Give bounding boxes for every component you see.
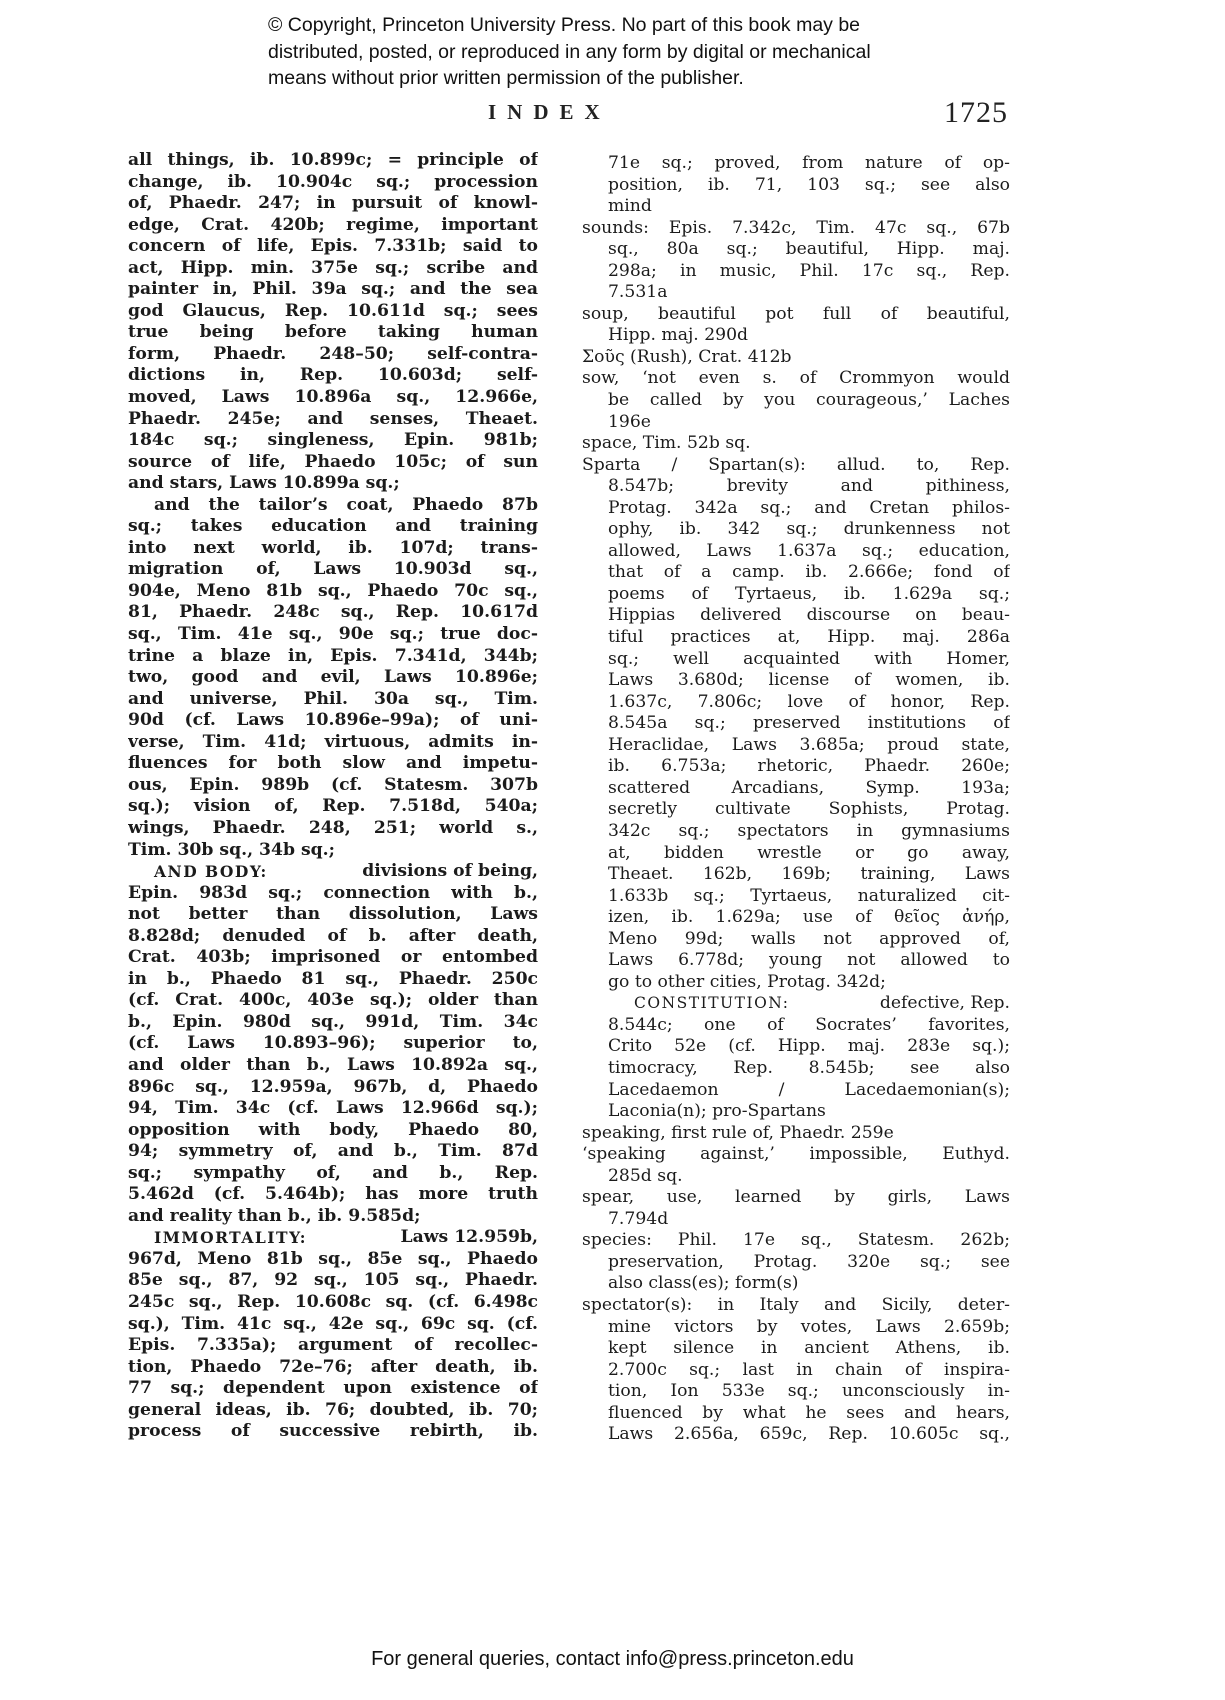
text-line: all things, ib. 10.899c; = principle of: [128, 150, 538, 172]
text-line: and stars, Laws 10.899a sq.;: [128, 473, 538, 495]
text-line: into next world, ib. 107d; trans-: [128, 538, 538, 560]
text-line: tion, Phaedo 72e–76; after death, ib.: [128, 1357, 538, 1379]
text-line: of, Phaedr. 247; in pursuit of knowl-: [128, 193, 538, 215]
text-line: sq., 80a sq.; beautiful, Hipp. maj.: [582, 239, 1010, 261]
index-entry-spear: spear, use, learned by girls, Laws: [582, 1187, 1010, 1209]
text-line: Hipp. maj. 290d: [582, 325, 1010, 347]
text-line: sq.; takes education and training: [128, 516, 538, 538]
text-line: 94, Tim. 34c (cf. Laws 12.966d sq.);: [128, 1098, 538, 1120]
text-line: tiful practices at, Hipp. maj. 286a: [582, 627, 1010, 649]
text-line: secretly cultivate Sophists, Protag.: [582, 799, 1010, 821]
text-fragment: Laws 12.959b,: [401, 1227, 538, 1249]
index-entry-species: species: Phil. 17e sq., Statesm. 262b;: [582, 1230, 1010, 1252]
text-line: Lacedaemon / Lacedaemonian(s);: [582, 1080, 1010, 1102]
running-head: INDEX 1725: [0, 100, 1225, 130]
text-line: process of successive rebirth, ib.: [128, 1421, 538, 1443]
text-line: preservation, Protag. 320e sq.; see: [582, 1252, 1010, 1274]
text-line: that of a camp. ib. 2.666e; fond of: [582, 562, 1010, 584]
text-line: ib. 6.753a; rhetoric, Phaedr. 260e;: [582, 756, 1010, 778]
text-line: kept silence in ancient Athens, ib.: [582, 1338, 1010, 1360]
subhead-line: IMMORTALITY: Laws 12.959b,: [128, 1227, 538, 1249]
text-line: not better than dissolution, Laws: [128, 904, 538, 926]
left-column: all things, ib. 10.899c; = principle of …: [128, 150, 538, 1443]
text-line: Epin. 983d sq.; connection with b.,: [128, 883, 538, 905]
text-line: tion, Ion 533e sq.; unconsciously in-: [582, 1381, 1010, 1403]
text-line: mine victors by votes, Laws 2.659b;: [582, 1317, 1010, 1339]
index-entry-sparta: Sparta / Spartan(s): allud. to, Rep.: [582, 455, 1010, 477]
text-line: true being before taking human: [128, 322, 538, 344]
index-entry-space: space, Tim. 52b sq.: [582, 433, 1010, 455]
text-line: 8.547b; brevity and pithiness,: [582, 476, 1010, 498]
text-line: scattered Arcadians, Symp. 193a;: [582, 778, 1010, 800]
text-line: 90d (cf. Laws 10.896e–99a); of uni-: [128, 710, 538, 732]
text-line: Hippias delivered discourse on beau-: [582, 605, 1010, 627]
text-line: timocracy, Rep. 8.545b; see also: [582, 1058, 1010, 1080]
text-line: Laws 3.680d; license of women, ib.: [582, 670, 1010, 692]
text-line: sq., Tim. 41e sq., 90e sq.; true doc-: [128, 624, 538, 646]
text-line: 8.828d; denuded of b. after death,: [128, 926, 538, 948]
right-column: 71e sq.; proved, from nature of op- posi…: [582, 153, 1010, 1446]
text-line: Laws 6.778d; young not allowed to: [582, 950, 1010, 972]
text-line: Laconia(n); pro-Spartans: [582, 1101, 1010, 1123]
text-line: sq.), Tim. 41c sq., 42e sq., 69c sq. (cf…: [128, 1314, 538, 1336]
text-line: (cf. Crat. 400c, 403e sq.); older than: [128, 990, 538, 1012]
subhead-line: AND BODY: divisions of being,: [128, 861, 538, 883]
text-line: Phaedr. 245e; and senses, Theaet.: [128, 409, 538, 431]
text-line: Heraclidae, Laws 3.685a; proud state,: [582, 735, 1010, 757]
page-number: 1725: [944, 96, 1008, 130]
text-line: Crat. 403b; imprisoned or entombed: [128, 947, 538, 969]
index-entry-soup: soup, beautiful pot full of beautiful,: [582, 304, 1010, 326]
text-line: Meno 99d; walls not approved of,: [582, 929, 1010, 951]
text-fragment: defective, Rep.: [880, 993, 1010, 1015]
text-line: 7.794d: [582, 1209, 1010, 1231]
text-line: migration of, Laws 10.903d sq.,: [128, 559, 538, 581]
text-line: sq.; sympathy of, and b., Rep.: [128, 1163, 538, 1185]
text-line: 904e, Meno 81b sq., Phaedo 70c sq.,: [128, 581, 538, 603]
text-line: 77 sq.; dependent upon existence of: [128, 1378, 538, 1400]
text-line: two, good and evil, Laws 10.896e;: [128, 667, 538, 689]
text-line: act, Hipp. min. 375e sq.; scribe and: [128, 258, 538, 280]
text-line: (cf. Laws 10.893–96); superior to,: [128, 1033, 538, 1055]
text-line: concern of life, Epis. 7.331b; said to: [128, 236, 538, 258]
text-line: 85e sq., 87, 92 sq., 105 sq., Phaedr.: [128, 1270, 538, 1292]
text-line: 8.544c; one of Socrates’ favorites,: [582, 1015, 1010, 1037]
text-line: general ideas, ib. 76; doubted, ib. 70;: [128, 1400, 538, 1422]
text-line: dictions in, Rep. 10.603d; self-: [128, 365, 538, 387]
text-line: be called by you courageous,’ Laches: [582, 390, 1010, 412]
text-line: Laws 2.656a, 659c, Rep. 10.605c sq.,: [582, 1424, 1010, 1446]
index-entry-sous: Σοῦς (Rush), Crat. 412b: [582, 347, 1010, 369]
text-line: 81, Phaedr. 248c sq., Rep. 10.617d: [128, 602, 538, 624]
index-entry-speaking: speaking, first rule of, Phaedr. 259e: [582, 1123, 1010, 1145]
text-line: at, bidden wrestle or go away,: [582, 843, 1010, 865]
text-line: 298a; in music, Phil. 17c sq., Rep.: [582, 261, 1010, 283]
text-line: verse, Tim. 41d; virtuous, admits in-: [128, 732, 538, 754]
text-line: and universe, Phil. 30a sq., Tim.: [128, 689, 538, 711]
text-line: 342c sq.; spectators in gymnasiums: [582, 821, 1010, 843]
index-entry-sounds: sounds: Epis. 7.342c, Tim. 47c sq., 67b: [582, 218, 1010, 240]
text-line: fluenced by what he sees and hears,: [582, 1403, 1010, 1425]
text-line: and the tailor’s coat, Phaedo 87b: [128, 495, 538, 517]
text-line: 8.545a sq.; preserved institutions of: [582, 713, 1010, 735]
text-line: 285d sq.: [582, 1166, 1010, 1188]
text-fragment: divisions of being,: [362, 861, 538, 883]
index-entry-spectators: spectator(s): in Italy and Sicily, deter…: [582, 1295, 1010, 1317]
text-line: also class(es); form(s): [582, 1273, 1010, 1295]
copyright-notice: © Copyright, Princeton University Press.…: [268, 12, 988, 92]
text-line: and reality than b., ib. 9.585d;: [128, 1206, 538, 1228]
subhead-and-body: AND BODY:: [154, 861, 268, 883]
text-line: form, Phaedr. 248–50; self-contra-: [128, 344, 538, 366]
text-line: moved, Laws 10.896a sq., 12.966e,: [128, 387, 538, 409]
text-line: mind: [582, 196, 1010, 218]
text-line: allowed, Laws 1.637a sq.; education,: [582, 541, 1010, 563]
text-line: 94; symmetry of, and b., Tim. 87d: [128, 1141, 538, 1163]
text-line: Crito 52e (cf. Hipp. maj. 283e sq.);: [582, 1036, 1010, 1058]
text-line: change, ib. 10.904c sq.; procession: [128, 172, 538, 194]
text-line: sq.; well acquainted with Homer,: [582, 649, 1010, 671]
subhead-line: CONSTITUTION: defective, Rep.: [582, 993, 1010, 1015]
text-line: Tim. 30b sq., 34b sq.;: [128, 840, 538, 862]
text-line: wings, Phaedr. 248, 251; world s.,: [128, 818, 538, 840]
text-line: and older than b., Laws 10.892a sq.,: [128, 1055, 538, 1077]
copyright-line: distributed, posted, or reproduced in an…: [268, 39, 988, 66]
text-line: 1.633b sq.; Tyrtaeus, naturalized cit-: [582, 886, 1010, 908]
text-line: painter in, Phil. 39a sq.; and the sea: [128, 279, 538, 301]
text-line: edge, Crat. 420b; regime, important: [128, 215, 538, 237]
text-line: izen, ib. 1.629a; use of θεῖος ἀνήρ,: [582, 907, 1010, 929]
copyright-line: means without prior written permission o…: [268, 65, 988, 92]
text-line: Epis. 7.335a); argument of recollec-: [128, 1335, 538, 1357]
page-title: INDEX: [488, 100, 611, 125]
text-line: ophy, ib. 342 sq.; drunkenness not: [582, 519, 1010, 541]
text-line: 967d, Meno 81b sq., 85e sq., Phaedo: [128, 1249, 538, 1271]
text-line: opposition with body, Phaedo 80,: [128, 1120, 538, 1142]
text-line: b., Epin. 980d sq., 991d, Tim. 34c: [128, 1012, 538, 1034]
text-line: source of life, Phaedo 105c; of sun: [128, 452, 538, 474]
footer-contact: For general queries, contact info@press.…: [0, 1648, 1225, 1671]
text-line: in b., Phaedo 81 sq., Phaedr. 250c: [128, 969, 538, 991]
index-entry-speaking-against: ‘speaking against,’ impossible, Euthyd.: [582, 1144, 1010, 1166]
text-line: sq.); vision of, Rep. 7.518d, 540a;: [128, 796, 538, 818]
text-line: 7.531a: [582, 282, 1010, 304]
text-line: 71e sq.; proved, from nature of op-: [582, 153, 1010, 175]
text-line: 5.462d (cf. 5.464b); has more truth: [128, 1184, 538, 1206]
text-line: trine a blaze in, Epis. 7.341d, 344b;: [128, 646, 538, 668]
text-line: poems of Tyrtaeus, ib. 1.629a sq.;: [582, 584, 1010, 606]
text-line: Theaet. 162b, 169b; training, Laws: [582, 864, 1010, 886]
text-line: 1.637c, 7.806c; love of honor, Rep.: [582, 692, 1010, 714]
text-line: Protag. 342a sq.; and Cretan philos-: [582, 498, 1010, 520]
subhead-immortality: IMMORTALITY:: [154, 1227, 307, 1249]
subhead-constitution: CONSTITUTION:: [634, 993, 790, 1015]
index-entry-sow: sow, ‘not even s. of Crommyon would: [582, 368, 1010, 390]
text-line: 184c sq.; singleness, Epin. 981b;: [128, 430, 538, 452]
text-line: go to other cities, Protag. 342d;: [582, 972, 1010, 994]
text-line: fluences for both slow and impetu-: [128, 753, 538, 775]
copyright-line: © Copyright, Princeton University Press.…: [268, 12, 988, 39]
text-line: 245c sq., Rep. 10.608c sq. (cf. 6.498c: [128, 1292, 538, 1314]
text-line: 196e: [582, 412, 1010, 434]
text-line: position, ib. 71, 103 sq.; see also: [582, 175, 1010, 197]
text-line: 896c sq., 12.959a, 967b, d, Phaedo: [128, 1077, 538, 1099]
text-line: ous, Epin. 989b (cf. Statesm. 307b: [128, 775, 538, 797]
text-line: 2.700c sq.; last in chain of inspira-: [582, 1360, 1010, 1382]
text-line: god Glaucus, Rep. 10.611d sq.; sees: [128, 301, 538, 323]
